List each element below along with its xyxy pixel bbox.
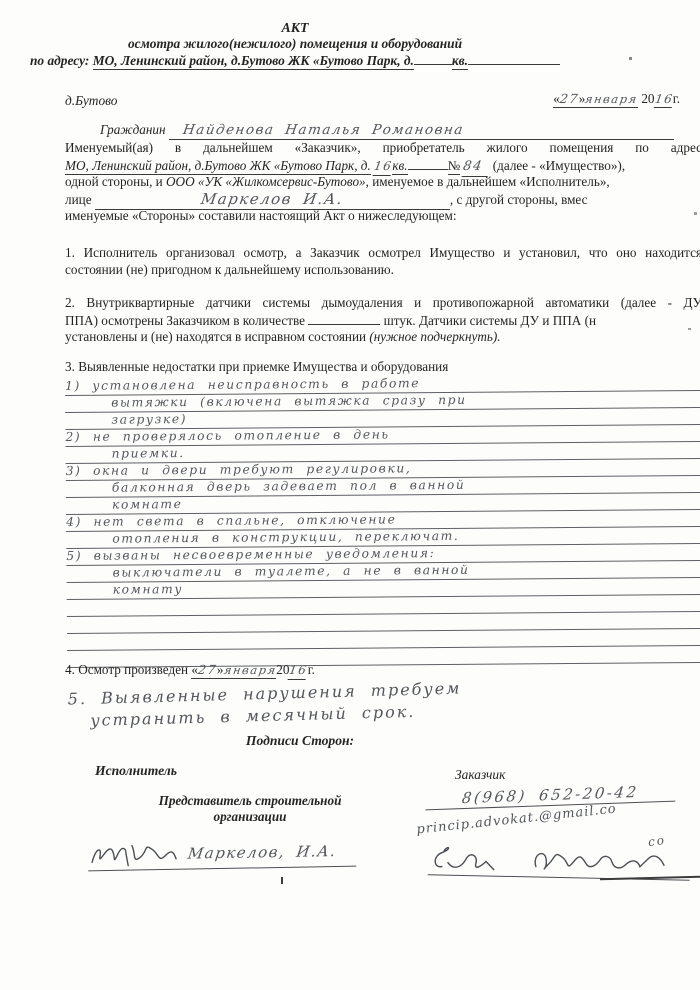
line5-rest: , с другой стороны, вмес xyxy=(450,192,588,207)
scan-artifact-dot1 xyxy=(629,57,632,60)
scanned-act-document: АКТ осмотра жилого(нежилого) помещения и… xyxy=(0,0,700,990)
defects-handwritten-list: 1) установлена неисправность в работе вы… xyxy=(65,374,700,668)
intro-address-italic: МО, Ленинский район, д.Бутово ЖК «Бутово… xyxy=(65,158,371,175)
kv-label: кв. xyxy=(452,53,468,70)
handwritten-note: 5. Выявленные нарушения требуем устранит… xyxy=(68,679,463,731)
clause1-line2-text: состоянии (не) пригодном к дальнейшему и… xyxy=(65,262,394,277)
clause4-day-handwritten: 27 xyxy=(197,662,218,678)
intro-line2: Именуемый(ая) в дальнейшем «Заказчик», п… xyxy=(65,140,700,156)
builder-rep-line2: организации xyxy=(120,809,380,825)
customer-phone: 8(968) 652-20-42 xyxy=(425,782,676,811)
clause2-line3-italic: (нужное подчеркнуть). xyxy=(369,329,500,344)
clause2-line2-post: штук. Датчики системы ДУ и ППА (н xyxy=(384,313,596,328)
clause2-line2: ППА) осмотрены Заказчиком в количестве ш… xyxy=(65,312,700,329)
clause2-line3-pre: установлены и (не) находятся в исправном… xyxy=(65,329,366,344)
executor-label: Исполнитель xyxy=(95,763,177,779)
address-label: по адресу: xyxy=(30,53,89,68)
scan-artifact-dot3 xyxy=(688,328,691,330)
clause4-line: 4. Осмотр произведен «27»января2016г. xyxy=(65,662,700,680)
intro-line6: именуемые «Стороны» составили настоящий … xyxy=(65,208,700,224)
num-label: № xyxy=(448,158,461,175)
kv-blank xyxy=(408,157,448,170)
intro-line4: одной стороны, и ООО «УК «Жилкомсервис-Б… xyxy=(65,174,700,190)
clause4-pre: 4. Осмотр произведен xyxy=(65,662,188,677)
line4-pre: одной стороны, и xyxy=(65,174,163,189)
citizen-name-handwritten: Найденова Наталья Романовна xyxy=(168,122,465,138)
builder-rep-line1: Представитель строительной xyxy=(120,793,380,809)
citizen-label: Гражданин xyxy=(65,122,166,137)
customer-signature xyxy=(428,842,691,880)
clause1-line2: состоянии (не) пригодном к дальнейшему и… xyxy=(65,262,700,278)
representative-name-handwritten: Маркелов И.А. xyxy=(200,191,345,207)
line5-pre: лице xyxy=(65,192,92,207)
intro-kv-label: кв. xyxy=(392,158,407,175)
executor-signature-name: Маркелов, И.А. xyxy=(187,842,338,863)
doc-title: АКТ xyxy=(0,20,590,36)
clause4-date-underlined: «27»января xyxy=(191,662,276,679)
place-label: д.Бутово xyxy=(65,93,118,109)
date-underlined-part: «27»января xyxy=(553,91,638,108)
scan-artifact-dot2 xyxy=(694,212,697,215)
date-line: «27»января 2016г. xyxy=(480,91,680,108)
date-month-handwritten: января xyxy=(584,92,639,106)
line4-rest: , именуемое в дальнейшем «Исполнитель», xyxy=(366,174,610,189)
house-blank xyxy=(414,52,452,65)
after-apt-text: (далее - «Имущество»), xyxy=(493,158,625,173)
intro-line6-text: именуемые «Стороны» составили настоящий … xyxy=(65,208,457,223)
clause3-heading: 3. Выявленные недостатки при приемке Иму… xyxy=(65,359,700,375)
clause3-heading-text: 3. Выявленные недостатки при приемке Иму… xyxy=(65,359,448,374)
date-year-handwritten: 16 xyxy=(653,92,674,108)
clause2-line2-pre: ППА) осмотрены Заказчиком в количестве xyxy=(65,313,305,328)
citizen-name-underline: Найденова Наталья Романовна xyxy=(169,122,674,140)
doc-address-line: по адресу: МО, Ленинский район, д.Бутово… xyxy=(0,52,590,69)
builder-representative-label: Представитель строительной организации xyxy=(120,793,380,825)
doc-subtitle: осмотра жилого(нежилого) помещения и обо… xyxy=(0,36,590,52)
date-day-handwritten: 27 xyxy=(559,91,580,106)
apt-blank xyxy=(468,52,560,65)
clause4-year-suffix: г. xyxy=(308,662,315,677)
executor-signature-scrawl-icon xyxy=(88,839,181,871)
signatures-heading: Подписи Сторон: xyxy=(0,733,600,749)
clause1-line1: 1. Исполнитель организовал осмотр, а Зак… xyxy=(65,245,700,261)
date-year-prefix: 20 xyxy=(641,91,654,106)
executor-signature: Маркелов, И.А. xyxy=(88,836,357,872)
customer-signature-scrawl-icon xyxy=(428,842,679,879)
clause4-year-handwritten: 16 xyxy=(288,662,309,680)
clause2-line1: 2. Внутриквартирные датчики системы дымо… xyxy=(65,295,700,311)
company-name: ООО «УК «Жилкомсервис-Бутово» xyxy=(166,174,366,189)
quantity-blank xyxy=(308,312,380,325)
clause4-month-handwritten: января xyxy=(222,662,277,678)
address-value: МО, Ленинский район, д.Бутово ЖК «Бутово… xyxy=(93,53,414,70)
customer-label: Заказчик xyxy=(455,767,505,783)
citizen-line: Гражданин Найденова Наталья Романовна xyxy=(65,122,700,140)
scan-artifact-tick xyxy=(281,877,283,884)
clause2-line3: установлены и (не) находятся в исправном… xyxy=(65,329,700,345)
